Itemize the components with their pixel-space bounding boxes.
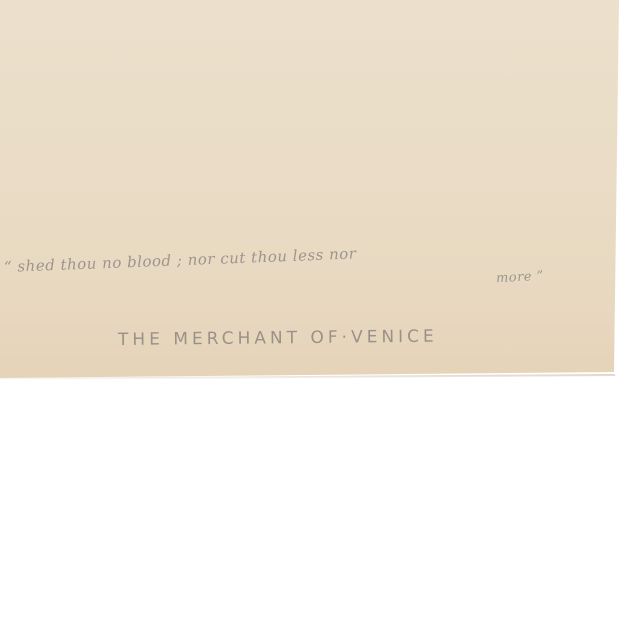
handwritten-quote-line-2: more ”	[496, 269, 545, 286]
handwritten-title: THE MERCHANT OF·VENICE	[118, 327, 438, 350]
paper-sheet	[0, 0, 620, 380]
photo-stage: “ shed thou no blood ; nor cut thou less…	[0, 0, 635, 635]
